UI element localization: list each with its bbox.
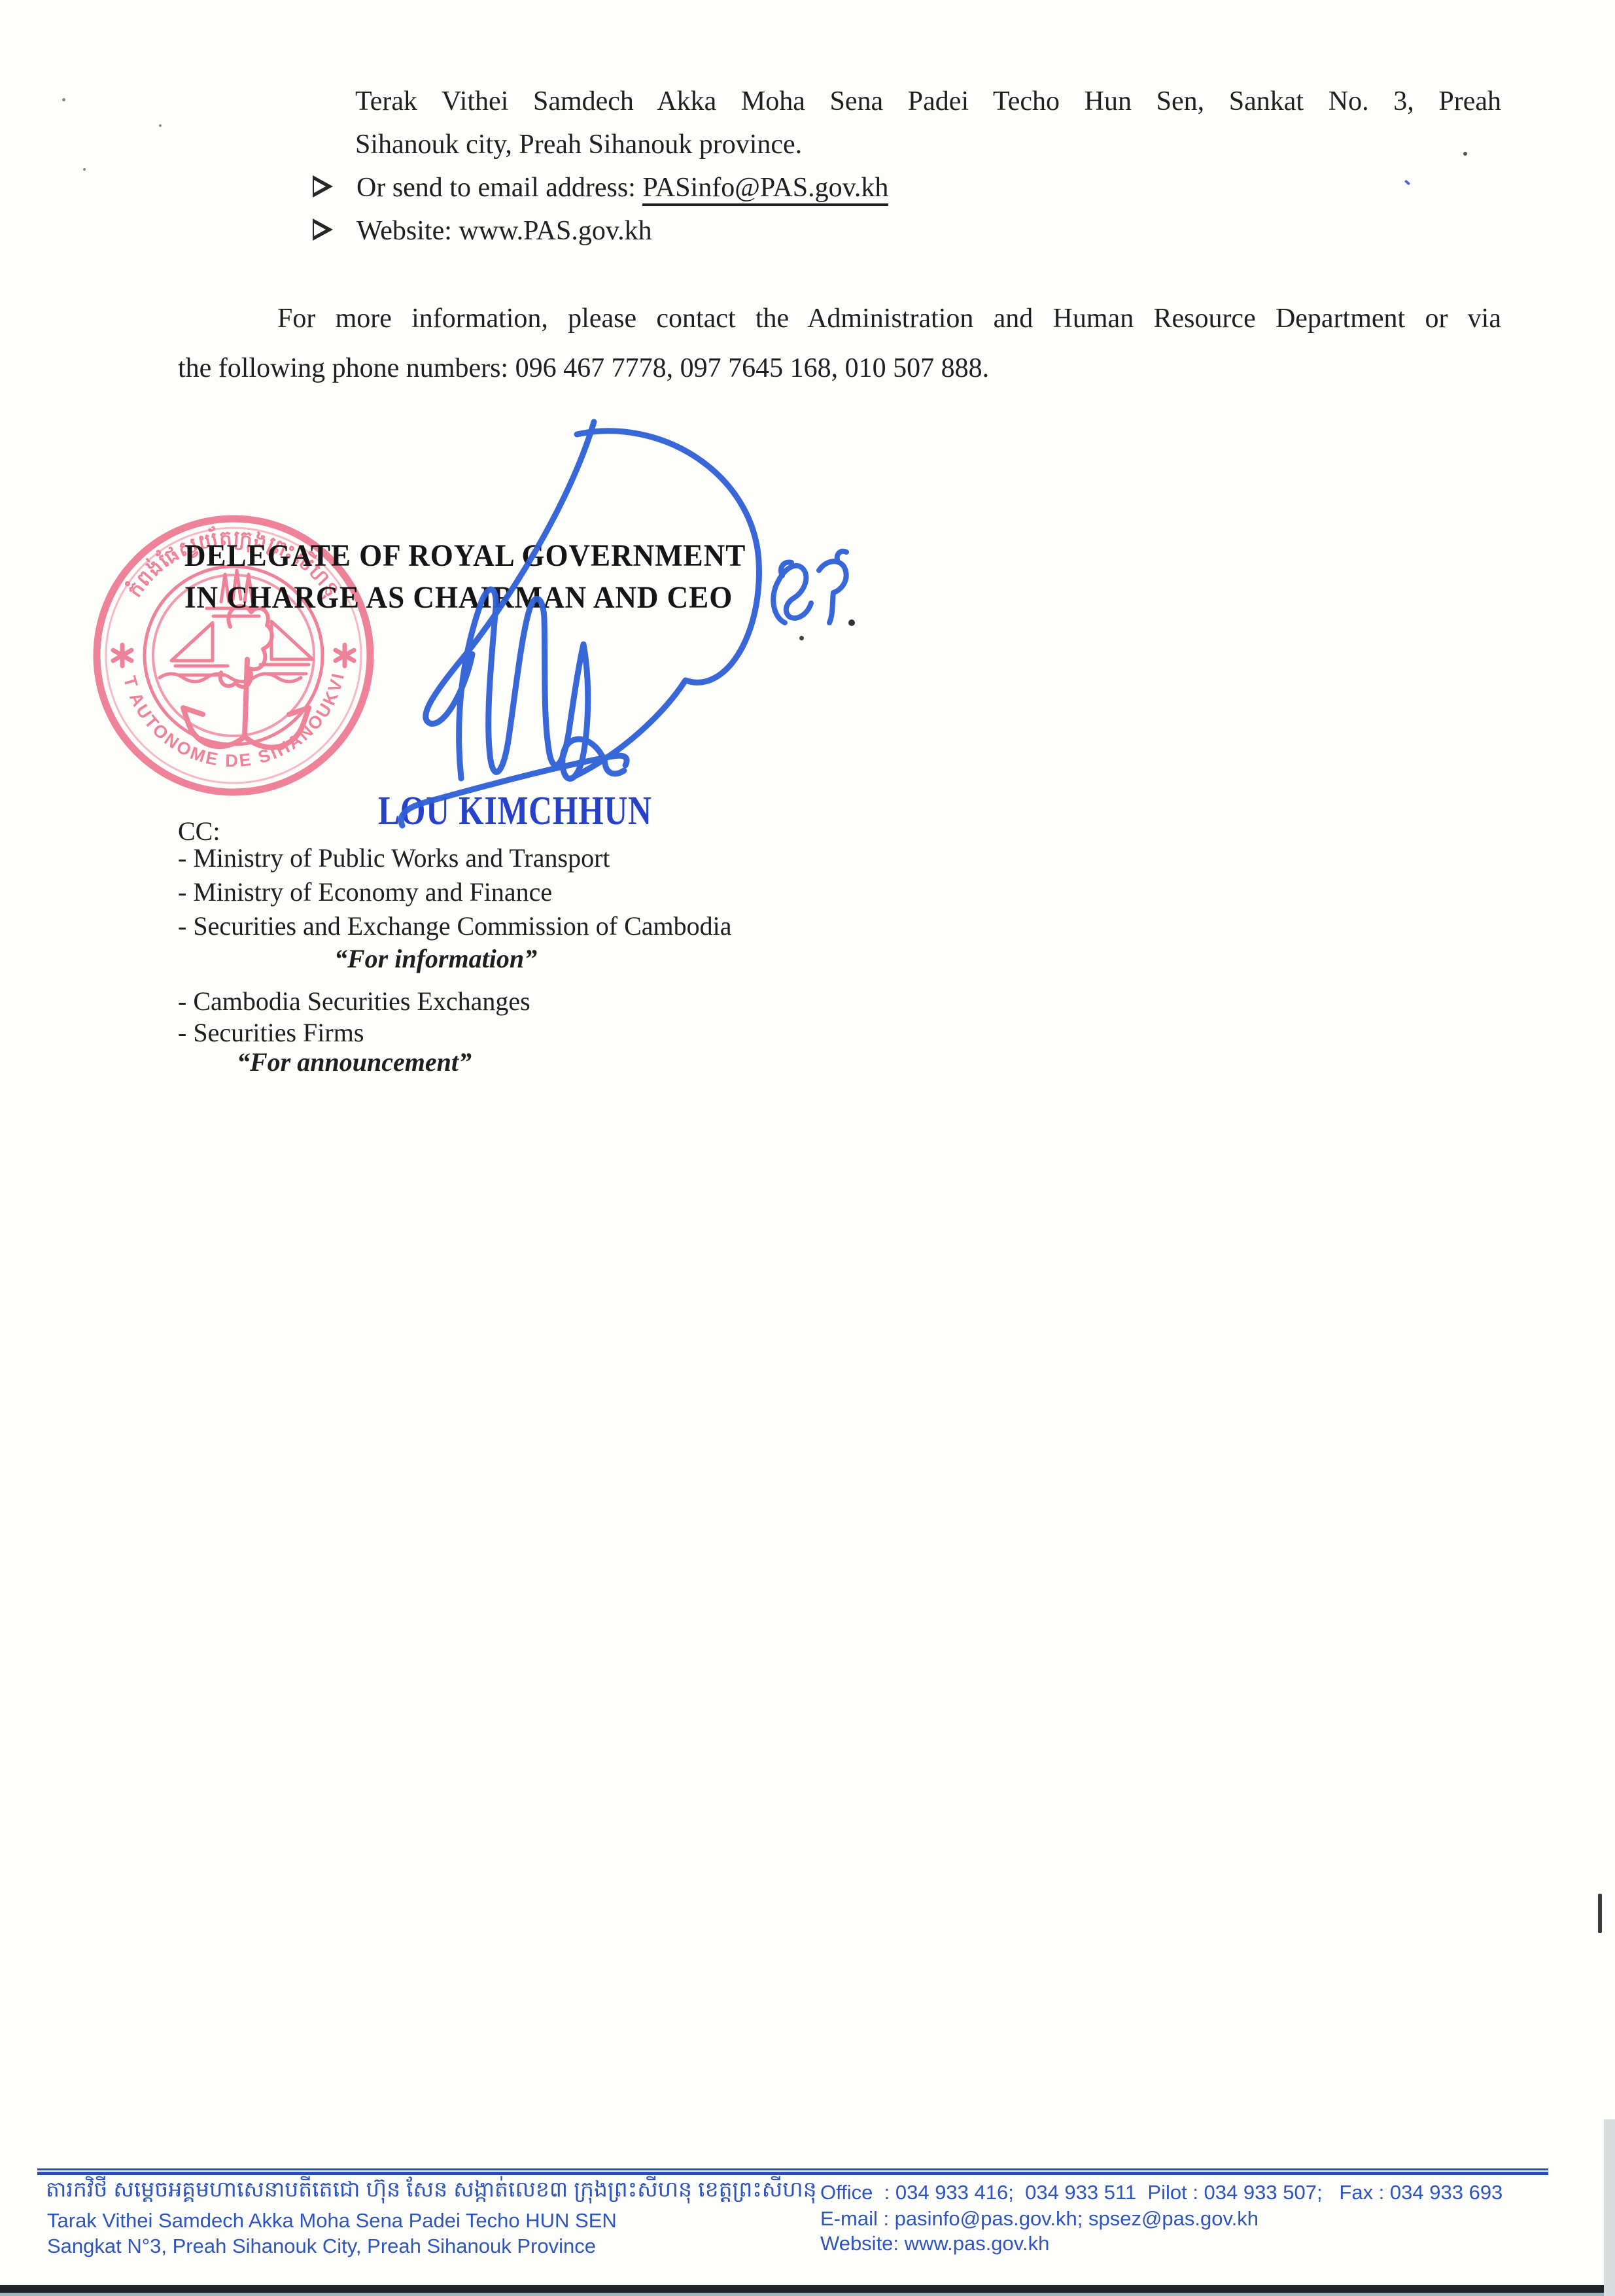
stamp-latin-arc-text: PORT AUTONOME DE SIHANOUKVILLE <box>0 0 348 771</box>
signature-ink <box>353 392 877 863</box>
asterisk-icon-left <box>113 645 131 666</box>
email-link[interactable]: PASinfo@PAS.gov.kh <box>642 173 888 206</box>
scan-speck <box>62 98 65 101</box>
scan-edge-mark <box>1598 1894 1602 1933</box>
asterisk-icon-right <box>336 645 354 666</box>
cc-item: - Ministry of Economy and Finance <box>178 877 552 907</box>
scan-bottom-band <box>0 2285 1615 2293</box>
scan-speck <box>799 636 804 640</box>
scanned-letter-page: Terak Vithei Samdech Akka Moha Sena Pade… <box>0 0 1615 2296</box>
address-continuation-line-2: Sihanouk city, Preah Sihanouk province. <box>355 129 802 162</box>
scan-speck <box>159 124 162 127</box>
scan-bottom-band-light <box>0 2293 1615 2296</box>
bullet-item-email: Or send to email address: PASinfo@PAS.go… <box>356 172 888 205</box>
scan-edge-strip <box>1604 2119 1615 2296</box>
info-paragraph-line-2: the following phone numbers: 096 467 777… <box>178 353 989 385</box>
scan-speck <box>1463 152 1467 156</box>
cc-item: - Ministry of Public Works and Transport <box>178 843 610 873</box>
bullet-item-website: Website: www.PAS.gov.kh <box>356 215 652 248</box>
footer-address-line-1: Tarak Vithei Samdech Akka Moha Sena Pade… <box>47 2209 617 2233</box>
svg-text:PORT AUTONOME DE SIHANOUKVILLE: PORT AUTONOME DE SIHANOUKVILLE <box>0 0 348 771</box>
footer-website-line: Website: www.pas.gov.kh <box>820 2232 1049 2256</box>
scan-speck <box>83 168 86 171</box>
sailboat-icon-left <box>171 623 228 675</box>
footer-phone-line: Office : 034 933 416; 034 933 511 Pilot … <box>820 2181 1502 2205</box>
footer-rule <box>37 2168 1548 2175</box>
info-paragraph-line-1: For more information, please contact the… <box>277 303 1501 336</box>
cc-item: - Cambodia Securities Exchanges <box>178 986 530 1017</box>
arrowhead-bullet-icon <box>313 175 335 198</box>
footer-address-line-2: Sangkat N°3, Preah Sihanouk City, Preah … <box>47 2235 596 2259</box>
arrowhead-bullet-icon <box>313 218 335 241</box>
cc-info-note: “For information” <box>334 943 537 974</box>
footer-email-line: E-mail : pasinfo@pas.gov.kh; spsez@pas.g… <box>820 2207 1259 2231</box>
cc-announcement-note: “For announcement” <box>237 1047 472 1077</box>
footer-khmer-address: តារកវិថី សម្តេចអគ្គមហាសេនាបតីតេជោ ហ៊ុន ស… <box>46 2177 817 2202</box>
initials-ink <box>773 551 846 623</box>
scan-speck-blue <box>1404 180 1410 186</box>
ink-dot <box>848 619 855 626</box>
address-continuation-line-1: Terak Vithei Samdech Akka Moha Sena Pade… <box>355 86 1501 118</box>
bullet-email-prefix: Or send to email address: <box>356 173 642 203</box>
cc-item: - Securities Firms <box>178 1017 364 1048</box>
cc-item: - Securities and Exchange Commission of … <box>178 911 732 941</box>
